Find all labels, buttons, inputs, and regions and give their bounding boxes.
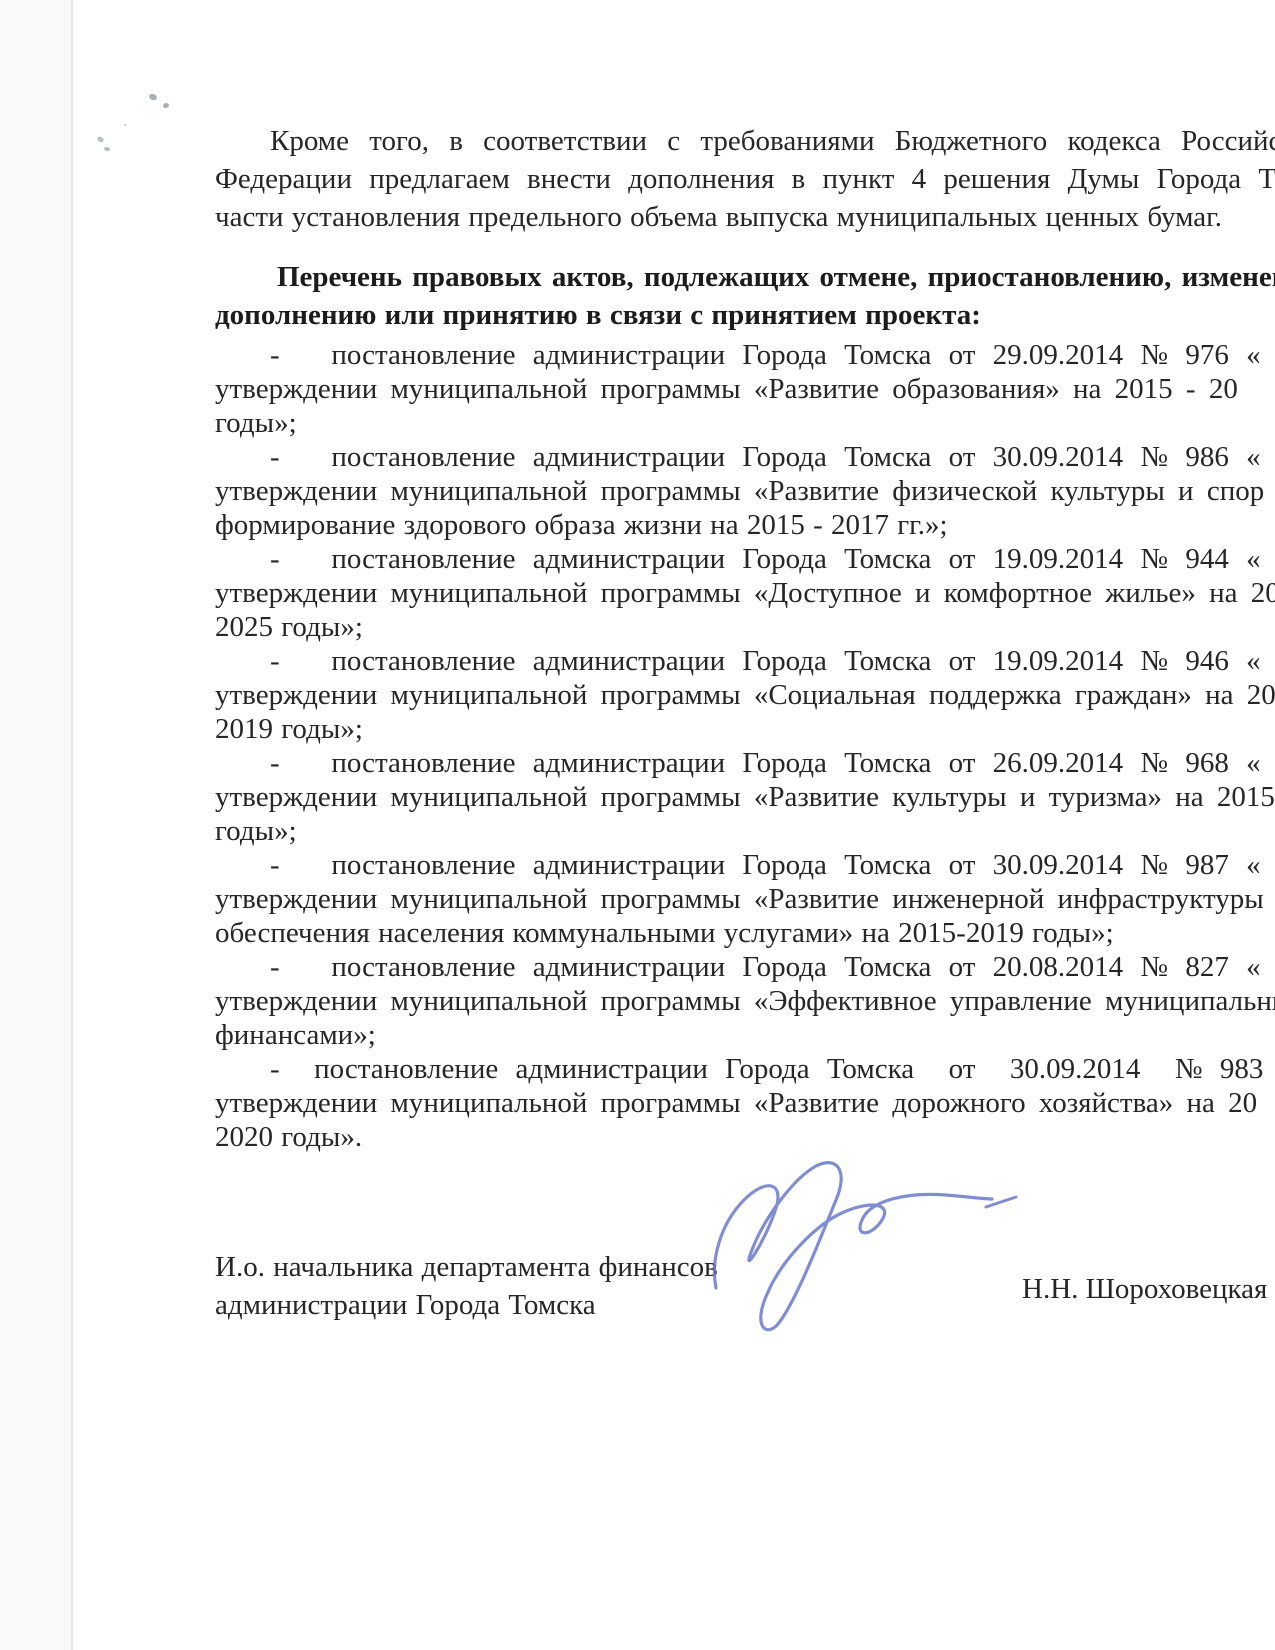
resolution-line: утверждении муниципальной программы «Дос… xyxy=(215,576,1275,610)
resolution-line: утверждении муниципальной программы «Раз… xyxy=(215,474,1275,508)
signatory-name: Н.Н. Шороховецкая xyxy=(1022,1270,1267,1308)
scan-speckle xyxy=(162,102,169,108)
resolution-line: - постановление администрации Города Том… xyxy=(215,644,1275,678)
resolution-line: годы»; xyxy=(215,814,1275,848)
scan-speckle xyxy=(96,135,105,143)
intro-paragraph: Кроме того, в соответствии с требованиям… xyxy=(215,122,1275,236)
resolution-line: 2019 годы»; xyxy=(215,712,1275,746)
document-body: Кроме того, в соответствии с требованиям… xyxy=(215,122,1275,1154)
resolution-line: утверждении муниципальной программы «Соц… xyxy=(215,678,1275,712)
handwritten-signature xyxy=(686,1140,1022,1340)
resolution-line: утверждении муниципальной программы «Раз… xyxy=(215,1086,1275,1120)
resolution-line: утверждении муниципальной программы «Раз… xyxy=(215,882,1275,916)
scan-speckle xyxy=(124,124,127,126)
resolution-line: 2025 годы»; xyxy=(215,610,1275,644)
signatory-role-line: администрации Города Томска xyxy=(215,1286,718,1324)
resolution-line: утверждении муниципальной программы «Эфф… xyxy=(215,984,1275,1018)
resolution-line: обеспечения населения коммунальными услу… xyxy=(215,916,1275,950)
heading-line: дополнению или принятию в связи с принят… xyxy=(215,296,1275,334)
text-line: Кроме того, в соответствии с требованиям… xyxy=(215,122,1275,160)
resolution-line: финансами»; xyxy=(215,1018,1275,1052)
resolution-line: утверждении муниципальной программы «Раз… xyxy=(215,372,1275,406)
resolution-line: - постановление администрации Города Том… xyxy=(215,1052,1275,1086)
list-heading: Перечень правовых актов, подлежащих отме… xyxy=(215,258,1275,334)
heading-line: Перечень правовых актов, подлежащих отме… xyxy=(215,258,1275,296)
resolution-line: - постановление администрации Города Том… xyxy=(215,950,1275,984)
scan-speckle xyxy=(104,147,111,152)
resolution-line: - постановление администрации Города Том… xyxy=(215,848,1275,882)
resolution-list: - постановление администрации Города Том… xyxy=(215,338,1275,1154)
signatory-role-line: И.о. начальника департамента финансов xyxy=(215,1248,718,1286)
text-line: части установления предельного объема вы… xyxy=(215,198,1275,236)
resolution-line: - постановление администрации Города Том… xyxy=(215,746,1275,780)
resolution-line: - постановление администрации Города Том… xyxy=(215,542,1275,576)
resolution-line: годы»; xyxy=(215,406,1275,440)
signatory-role: И.о. начальника департамента финансов ад… xyxy=(215,1248,718,1324)
resolution-line: - постановление администрации Города Том… xyxy=(215,338,1275,372)
scanned-document-page: Кроме того, в соответствии с требованиям… xyxy=(0,0,1275,1650)
scan-speckle xyxy=(148,93,158,101)
resolution-line: утверждении муниципальной программы «Раз… xyxy=(215,780,1275,814)
resolution-line: - постановление администрации Города Том… xyxy=(215,440,1275,474)
resolution-line: формирование здорового образа жизни на 2… xyxy=(215,508,1275,542)
text-line: Федерации предлагаем внести дополнения в… xyxy=(215,160,1275,198)
scan-left-margin xyxy=(0,0,73,1650)
